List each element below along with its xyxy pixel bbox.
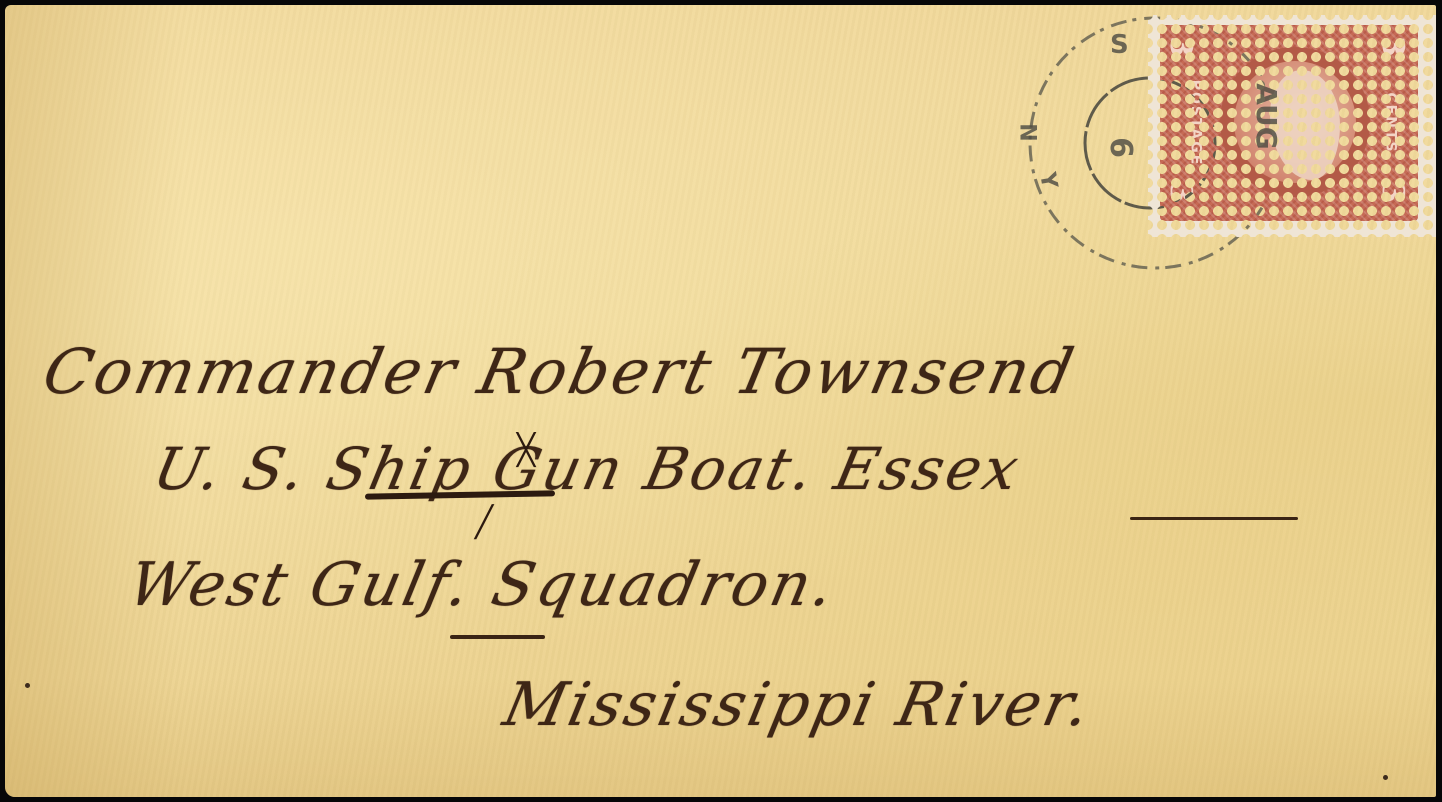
postmark-letter: S: [1110, 30, 1129, 60]
postmark-day: 6: [1103, 137, 1138, 158]
address-line-vessel: U. S. Ship Gun Boat. Essex: [148, 435, 1027, 503]
envelope: S N Y 6 3 3 3 3 POSTAGE CENTS AUG Comman…: [5, 5, 1436, 797]
stamp-numeral: 3: [1375, 182, 1410, 203]
ink-speck: [1383, 775, 1388, 780]
photo-frame: S N Y 6 3 3 3 3 POSTAGE CENTS AUG Comman…: [0, 0, 1442, 802]
stamp-label-cents: CENTS: [1383, 92, 1399, 153]
cross-mark: ╱: [475, 505, 493, 540]
stamp-numeral: 3: [1163, 36, 1198, 57]
underline-mark: [450, 635, 545, 639]
stamp-label-postage: POSTAGE: [1187, 80, 1203, 167]
ink-speck: [25, 683, 30, 688]
address-line-location: Mississippi River.: [498, 670, 1099, 740]
stamp-design: 3 3 3 3 POSTAGE CENTS: [1160, 25, 1418, 221]
stamp-numeral: 3: [1163, 182, 1198, 203]
underline-mark: [1130, 517, 1298, 520]
address-line-recipient: Commander Robert Townsend: [37, 335, 1082, 408]
cross-mark: ╳: [517, 433, 535, 468]
address-line-squadron: West Gulf. Squadron.: [123, 550, 843, 620]
postmark-letter: N: [1015, 123, 1040, 141]
stamp-numeral: 3: [1375, 36, 1410, 57]
postmark-month: AUG: [1250, 83, 1283, 150]
postage-stamp: 3 3 3 3 POSTAGE CENTS: [1148, 15, 1436, 237]
